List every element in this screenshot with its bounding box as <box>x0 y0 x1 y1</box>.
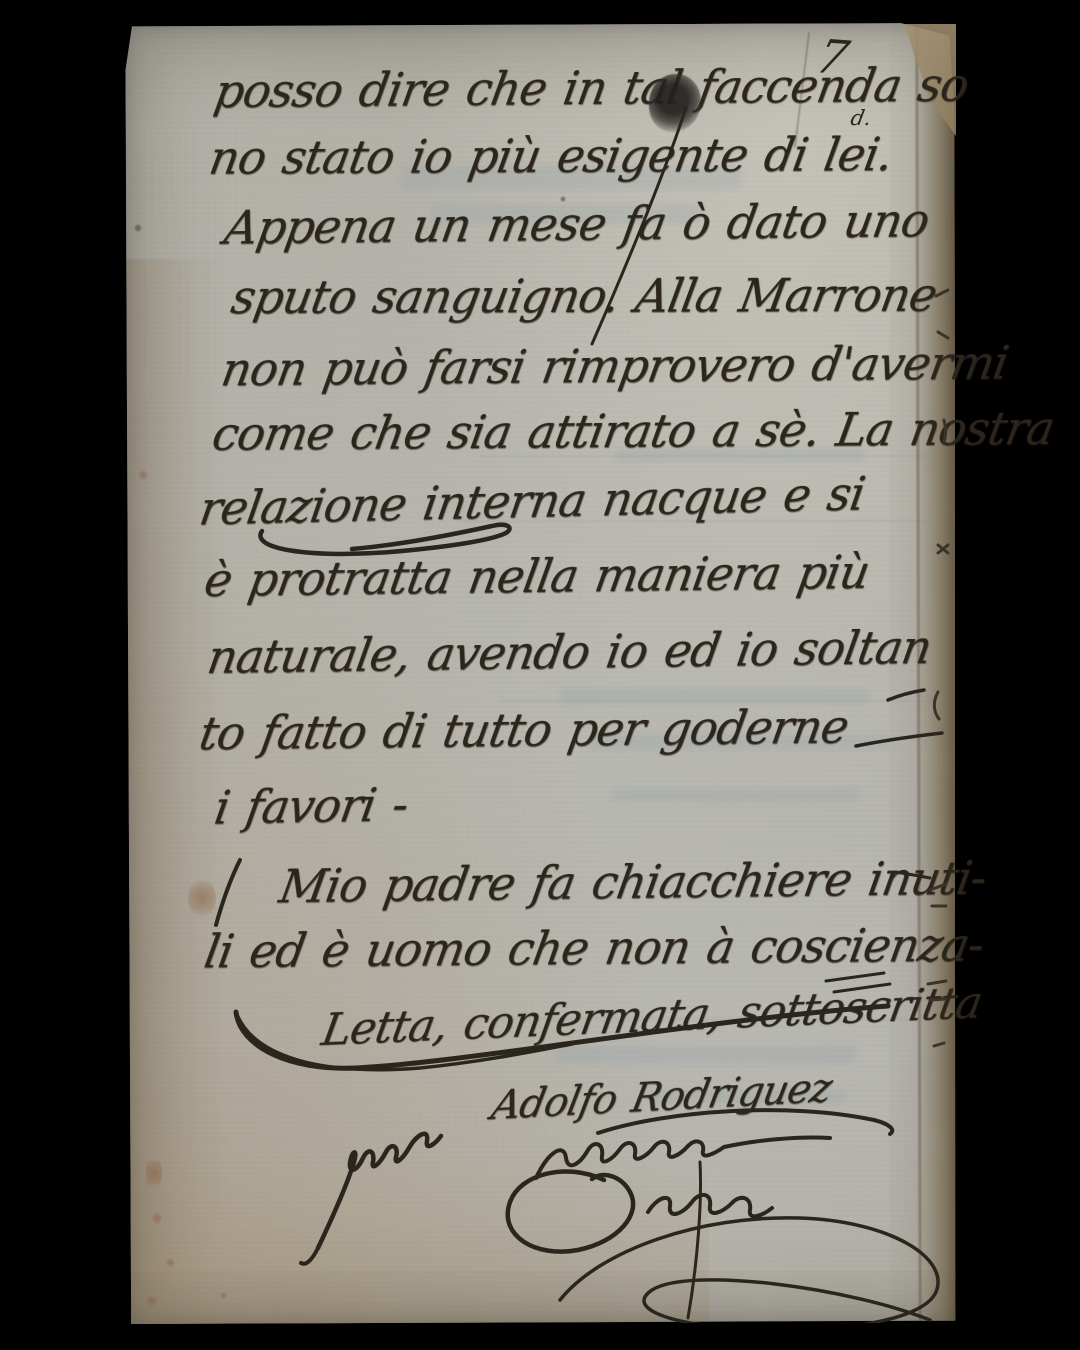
manuscript-line: to fatto di tutto per goderne <box>196 703 852 758</box>
manuscript-line: non può farsi rimprovero d'avermi <box>218 339 1011 394</box>
manuscript-line: è protratta nella maniera più <box>201 548 873 605</box>
ink-speck <box>134 224 142 232</box>
manuscript-line: naturale, avendo io ed io soltan <box>204 623 934 682</box>
bleed-through-text <box>555 1046 858 1064</box>
manuscript-line: Appena un mese fa ò dato uno <box>221 196 932 252</box>
manuscript-line: sputo sanguigno. Alla Marrone <box>228 271 940 322</box>
foxing-spot <box>166 1258 175 1267</box>
foxing-spot <box>152 1212 162 1224</box>
foxing-spot <box>188 878 216 918</box>
foxing-spot <box>220 1292 227 1299</box>
foxing-spot <box>146 1156 162 1190</box>
manuscript-line: i favori - <box>211 780 411 832</box>
manuscript-line: come che sia attirato a sè. La nostra <box>209 404 1058 458</box>
foxing-spot <box>146 1296 158 1306</box>
bleed-through-text <box>609 788 861 802</box>
manuscript-line: Mio padre fa chiacchiere inuti- <box>276 854 989 911</box>
manuscript-line: li ed è uomo che non à coscienza- <box>201 921 987 976</box>
photo-background: posso dire che in tal faccenda so no sta… <box>0 0 1080 1350</box>
margin-mark: d. <box>849 106 873 130</box>
manuscript-line: no stato io più esigente di lei. <box>206 130 896 182</box>
foxing-spot <box>138 470 148 480</box>
